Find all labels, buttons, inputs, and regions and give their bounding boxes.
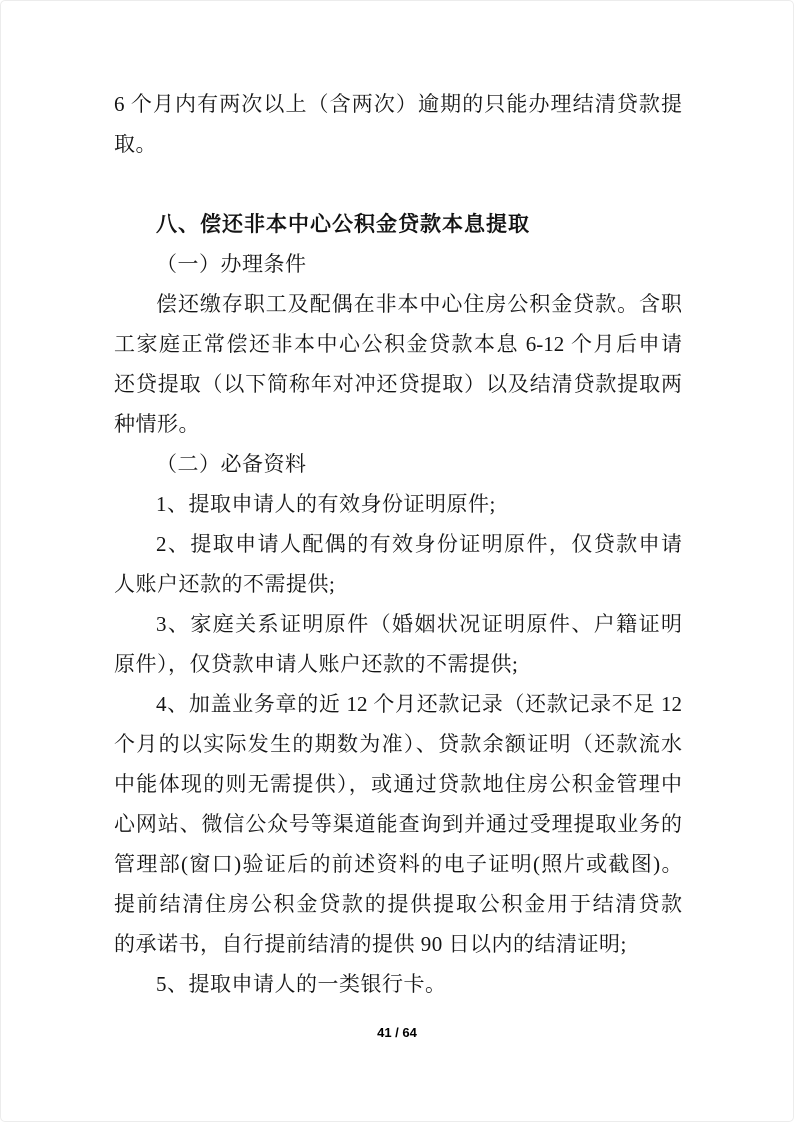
- list-item-line: 人账户还款的不需提供;: [114, 564, 682, 604]
- list-item-line: 3、家庭关系证明原件（婚姻状况证明原件、户籍证明: [114, 604, 682, 644]
- paragraph-line: 6 个月内有两次以上（含两次）逾期的只能办理结清贷款提: [114, 84, 682, 124]
- list-item-line: 1、提取申请人的有效身份证明原件;: [114, 484, 682, 524]
- document-body: 6 个月内有两次以上（含两次）逾期的只能办理结清贷款提 取。 八、偿还非本中心公…: [114, 84, 682, 1004]
- paragraph-line: 偿还缴存职工及配偶在非本中心住房公积金贷款。含职: [114, 284, 682, 324]
- list-item-line: 2、提取申请人配偶的有效身份证明原件，仅贷款申请: [114, 524, 682, 564]
- list-item-line: 个月的以实际发生的期数为准）、贷款余额证明（还款流水: [114, 724, 682, 764]
- list-item-line: 管理部(窗口)验证后的前述资料的电子证明(照片或截图)。: [114, 844, 682, 884]
- paragraph-line: 工家庭正常偿还非本中心公积金贷款本息 6-12 个月后申请: [114, 324, 682, 364]
- blank-line: [114, 164, 682, 204]
- list-item-line: 5、提取申请人的一类银行卡。: [114, 964, 682, 1004]
- list-item-line: 心网站、微信公众号等渠道能查询到并通过受理提取业务的: [114, 804, 682, 844]
- page-number: 41 / 64: [1, 1023, 793, 1043]
- subsection-heading: （一）办理条件: [114, 244, 682, 284]
- list-item-line: 的承诺书，自行提前结清的提供 90 日以内的结清证明;: [114, 924, 682, 964]
- paragraph-line: 种情形。: [114, 404, 682, 444]
- paragraph-line: 取。: [114, 124, 682, 164]
- list-item-line: 中能体现的则无需提供），或通过贷款地住房公积金管理中: [114, 764, 682, 804]
- list-item-line: 4、加盖业务章的近 12 个月还款记录（还款记录不足 12: [114, 684, 682, 724]
- list-item-line: 原件），仅贷款申请人账户还款的不需提供;: [114, 644, 682, 684]
- document-page: 6 个月内有两次以上（含两次）逾期的只能办理结清贷款提 取。 八、偿还非本中心公…: [0, 0, 794, 1122]
- subsection-heading: （二）必备资料: [114, 444, 682, 484]
- list-item-line: 提前结清住房公积金贷款的提供提取公积金用于结清贷款: [114, 884, 682, 924]
- paragraph-line: 还贷提取（以下简称年对冲还贷提取）以及结清贷款提取两: [114, 364, 682, 404]
- section-heading: 八、偿还非本中心公积金贷款本息提取: [114, 204, 682, 244]
